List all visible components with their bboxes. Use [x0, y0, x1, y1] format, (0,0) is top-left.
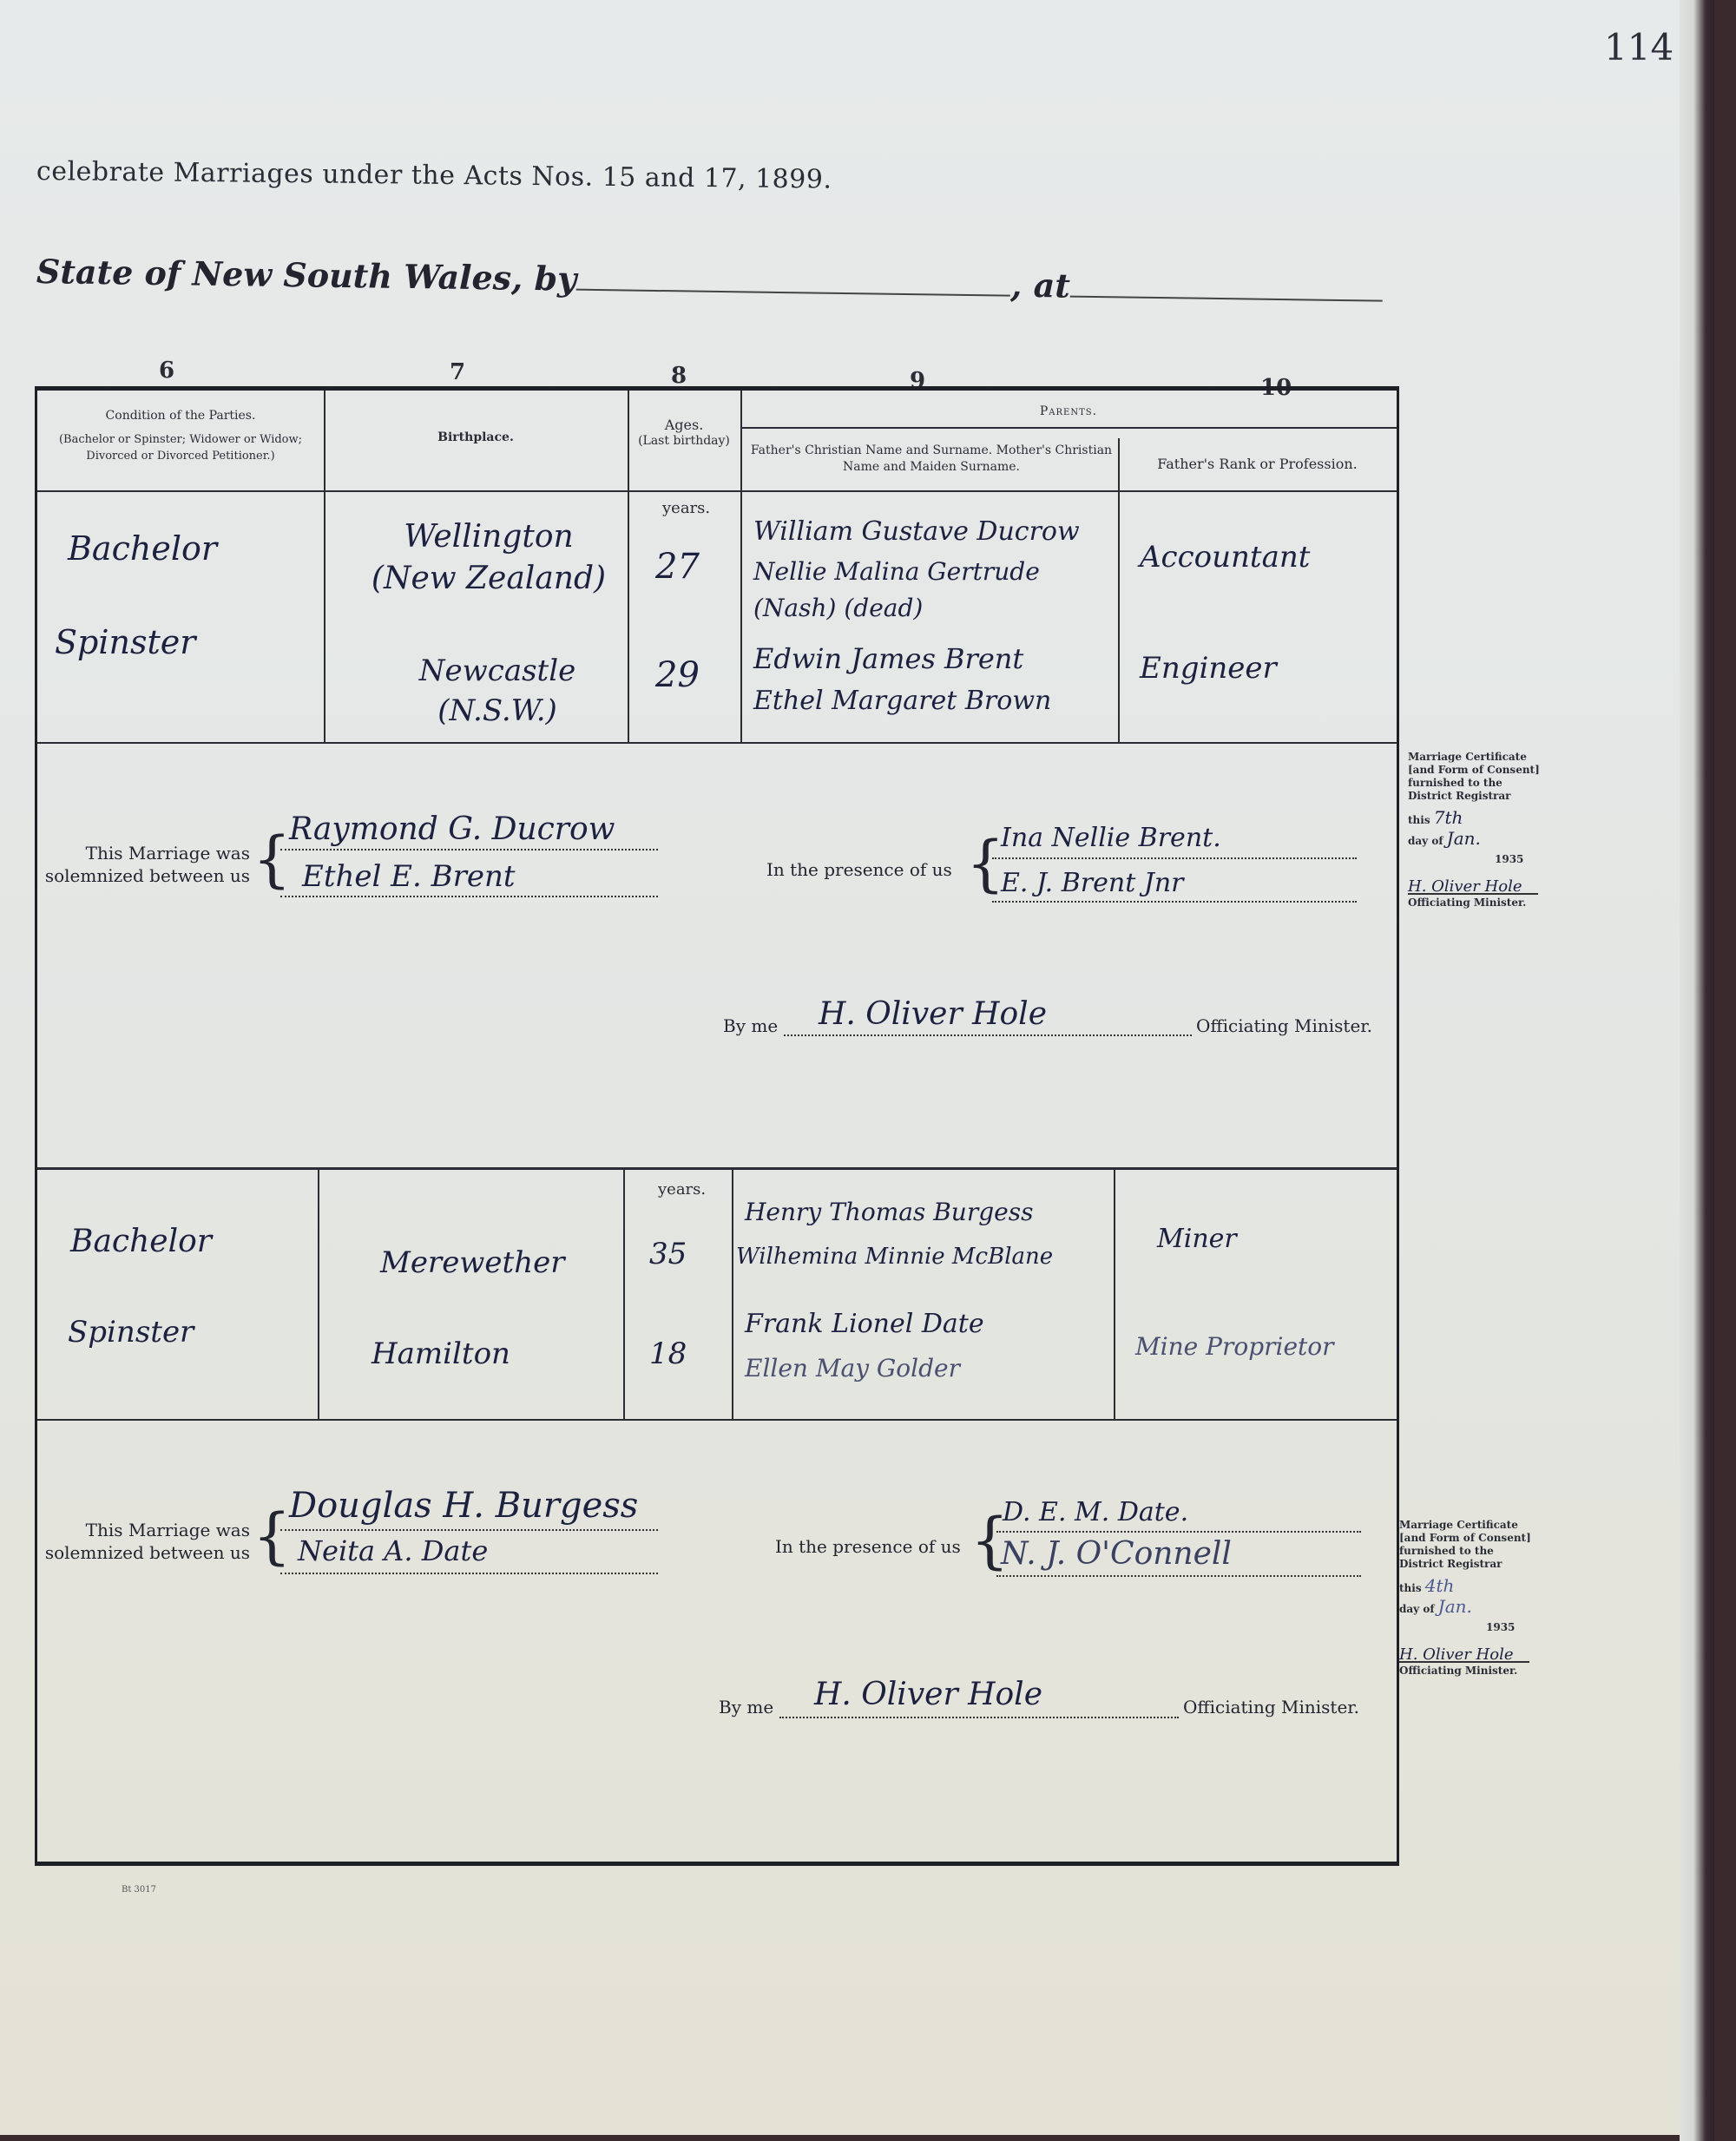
by-blank — [576, 289, 1010, 297]
years-label: years. — [658, 1180, 706, 1199]
header-condition: Condition of the Parties. (Bachelor or S… — [37, 408, 324, 464]
certificate-note: Marriage Certificate [and Form of Consen… — [1399, 1519, 1538, 1678]
groom-condition: Bachelor — [70, 1224, 212, 1259]
brace-icon: { — [253, 829, 292, 890]
groom-mother: Wilhemina Minnie McBlane — [736, 1241, 1109, 1272]
groom-signature: Raymond G. Ducrow — [289, 811, 615, 847]
by-me-label: By me — [719, 1697, 773, 1717]
header-parents-names: Father's Christian Name and Surname. Mot… — [745, 443, 1118, 476]
witness-1: Ina Nellie Brent. — [1001, 823, 1221, 853]
bride-father-profession: Mine Proprietor — [1135, 1332, 1334, 1361]
certificate-day: 7th — [1434, 807, 1463, 828]
bride-birthplace: Newcastle (N.S.W.) — [380, 651, 615, 731]
column-number-6: 6 — [159, 358, 174, 384]
bride-father: Edwin James Brent — [753, 642, 1023, 675]
certificate-year: 1935 — [1408, 853, 1547, 866]
intro-text: celebrate Marriages under the Acts Nos. … — [36, 156, 832, 195]
bride-father-profession: Engineer — [1140, 651, 1277, 686]
bride-signature: Neita A. Date — [298, 1534, 488, 1567]
header-ages: Ages. (Last birthday) — [628, 417, 740, 450]
bride-age: 29 — [655, 655, 700, 695]
book-binding-edge — [1680, 0, 1714, 2141]
bride-condition: Spinster — [68, 1315, 194, 1350]
groom-condition: Bachelor — [68, 529, 217, 568]
state-line-prefix: State of New South Wales, by — [36, 252, 577, 299]
witness-1: D. E. M. Date. — [1003, 1497, 1188, 1527]
bride-father: Frank Lionel Date — [745, 1309, 984, 1339]
witness-2: E. J. Brent Jnr — [1001, 868, 1183, 898]
at-blank — [1070, 296, 1383, 302]
bride-mother: Ethel Margaret Brown — [753, 686, 1051, 716]
certificate-month: Jan. — [1447, 828, 1481, 849]
groom-birthplace: Merewether — [380, 1245, 564, 1280]
certificate-note: Marriage Certificate [and Form of Consen… — [1408, 751, 1547, 910]
years-label: years. — [662, 499, 710, 517]
groom-father: William Gustave Ducrow — [753, 516, 1080, 547]
brace-icon: { — [253, 1506, 292, 1566]
bride-birthplace: Hamilton — [372, 1336, 510, 1371]
certificate-day: 4th — [1425, 1575, 1455, 1596]
officiating-label: Officiating Minister. — [1183, 1697, 1359, 1717]
certificate-month: Jan. — [1438, 1596, 1472, 1617]
column-number-7: 7 — [450, 359, 465, 385]
header-father-profession: Father's Rank or Profession. — [1118, 456, 1397, 472]
bride-condition: Spinster — [55, 623, 195, 661]
solemnized-label: This Marriage was solemnized between us — [37, 842, 250, 887]
form-code: Bt 3017 — [122, 1885, 156, 1895]
solemnized-label: This Marriage was solemnized between us — [37, 1519, 250, 1564]
bride-age: 18 — [649, 1336, 687, 1371]
minister-signature: H. Oliver Hole — [814, 1677, 1042, 1712]
witness-2: N. J. O'Connell — [1001, 1536, 1232, 1572]
groom-age: 35 — [649, 1237, 687, 1271]
groom-father: Henry Thomas Burgess — [745, 1198, 1033, 1226]
column-number-8: 8 — [671, 363, 687, 389]
certificate-minister-signature: H. Oliver Hole — [1399, 1648, 1529, 1663]
brace-icon: { — [966, 833, 1005, 894]
groom-birthplace: Wellington (New Zealand) — [358, 516, 619, 600]
state-line: State of New South Wales, by, at — [36, 252, 1383, 310]
register-table: Condition of the Parties. (Bachelor or S… — [35, 386, 1399, 1866]
certificate-year: 1935 — [1399, 1621, 1538, 1634]
groom-signature: Douglas H. Burgess — [289, 1486, 638, 1526]
state-line-at: , at — [1010, 266, 1070, 305]
officiating-label: Officiating Minister. — [1196, 1015, 1372, 1036]
page-number: 114 — [1604, 26, 1674, 69]
presence-label: In the presence of us — [766, 859, 952, 880]
header-parents: Parents. — [740, 404, 1397, 420]
groom-father-profession: Accountant — [1140, 540, 1310, 575]
certificate-minister-signature: H. Oliver Hole — [1408, 880, 1538, 895]
minister-signature: H. Oliver Hole — [819, 996, 1047, 1032]
groom-father-profession: Miner — [1157, 1224, 1237, 1254]
by-me-label: By me — [723, 1015, 778, 1036]
register-page: 114 celebrate Marriages under the Acts N… — [0, 0, 1714, 2135]
header-birthplace: Birthplace. — [324, 430, 628, 446]
bride-signature: Ethel E. Brent — [302, 859, 516, 894]
presence-label: In the presence of us — [775, 1536, 961, 1557]
groom-mother: Nellie Malina Gertrude (Nash) (dead) — [753, 554, 1109, 627]
groom-age: 27 — [655, 547, 700, 587]
bride-mother: Ellen May Golder — [745, 1354, 960, 1382]
